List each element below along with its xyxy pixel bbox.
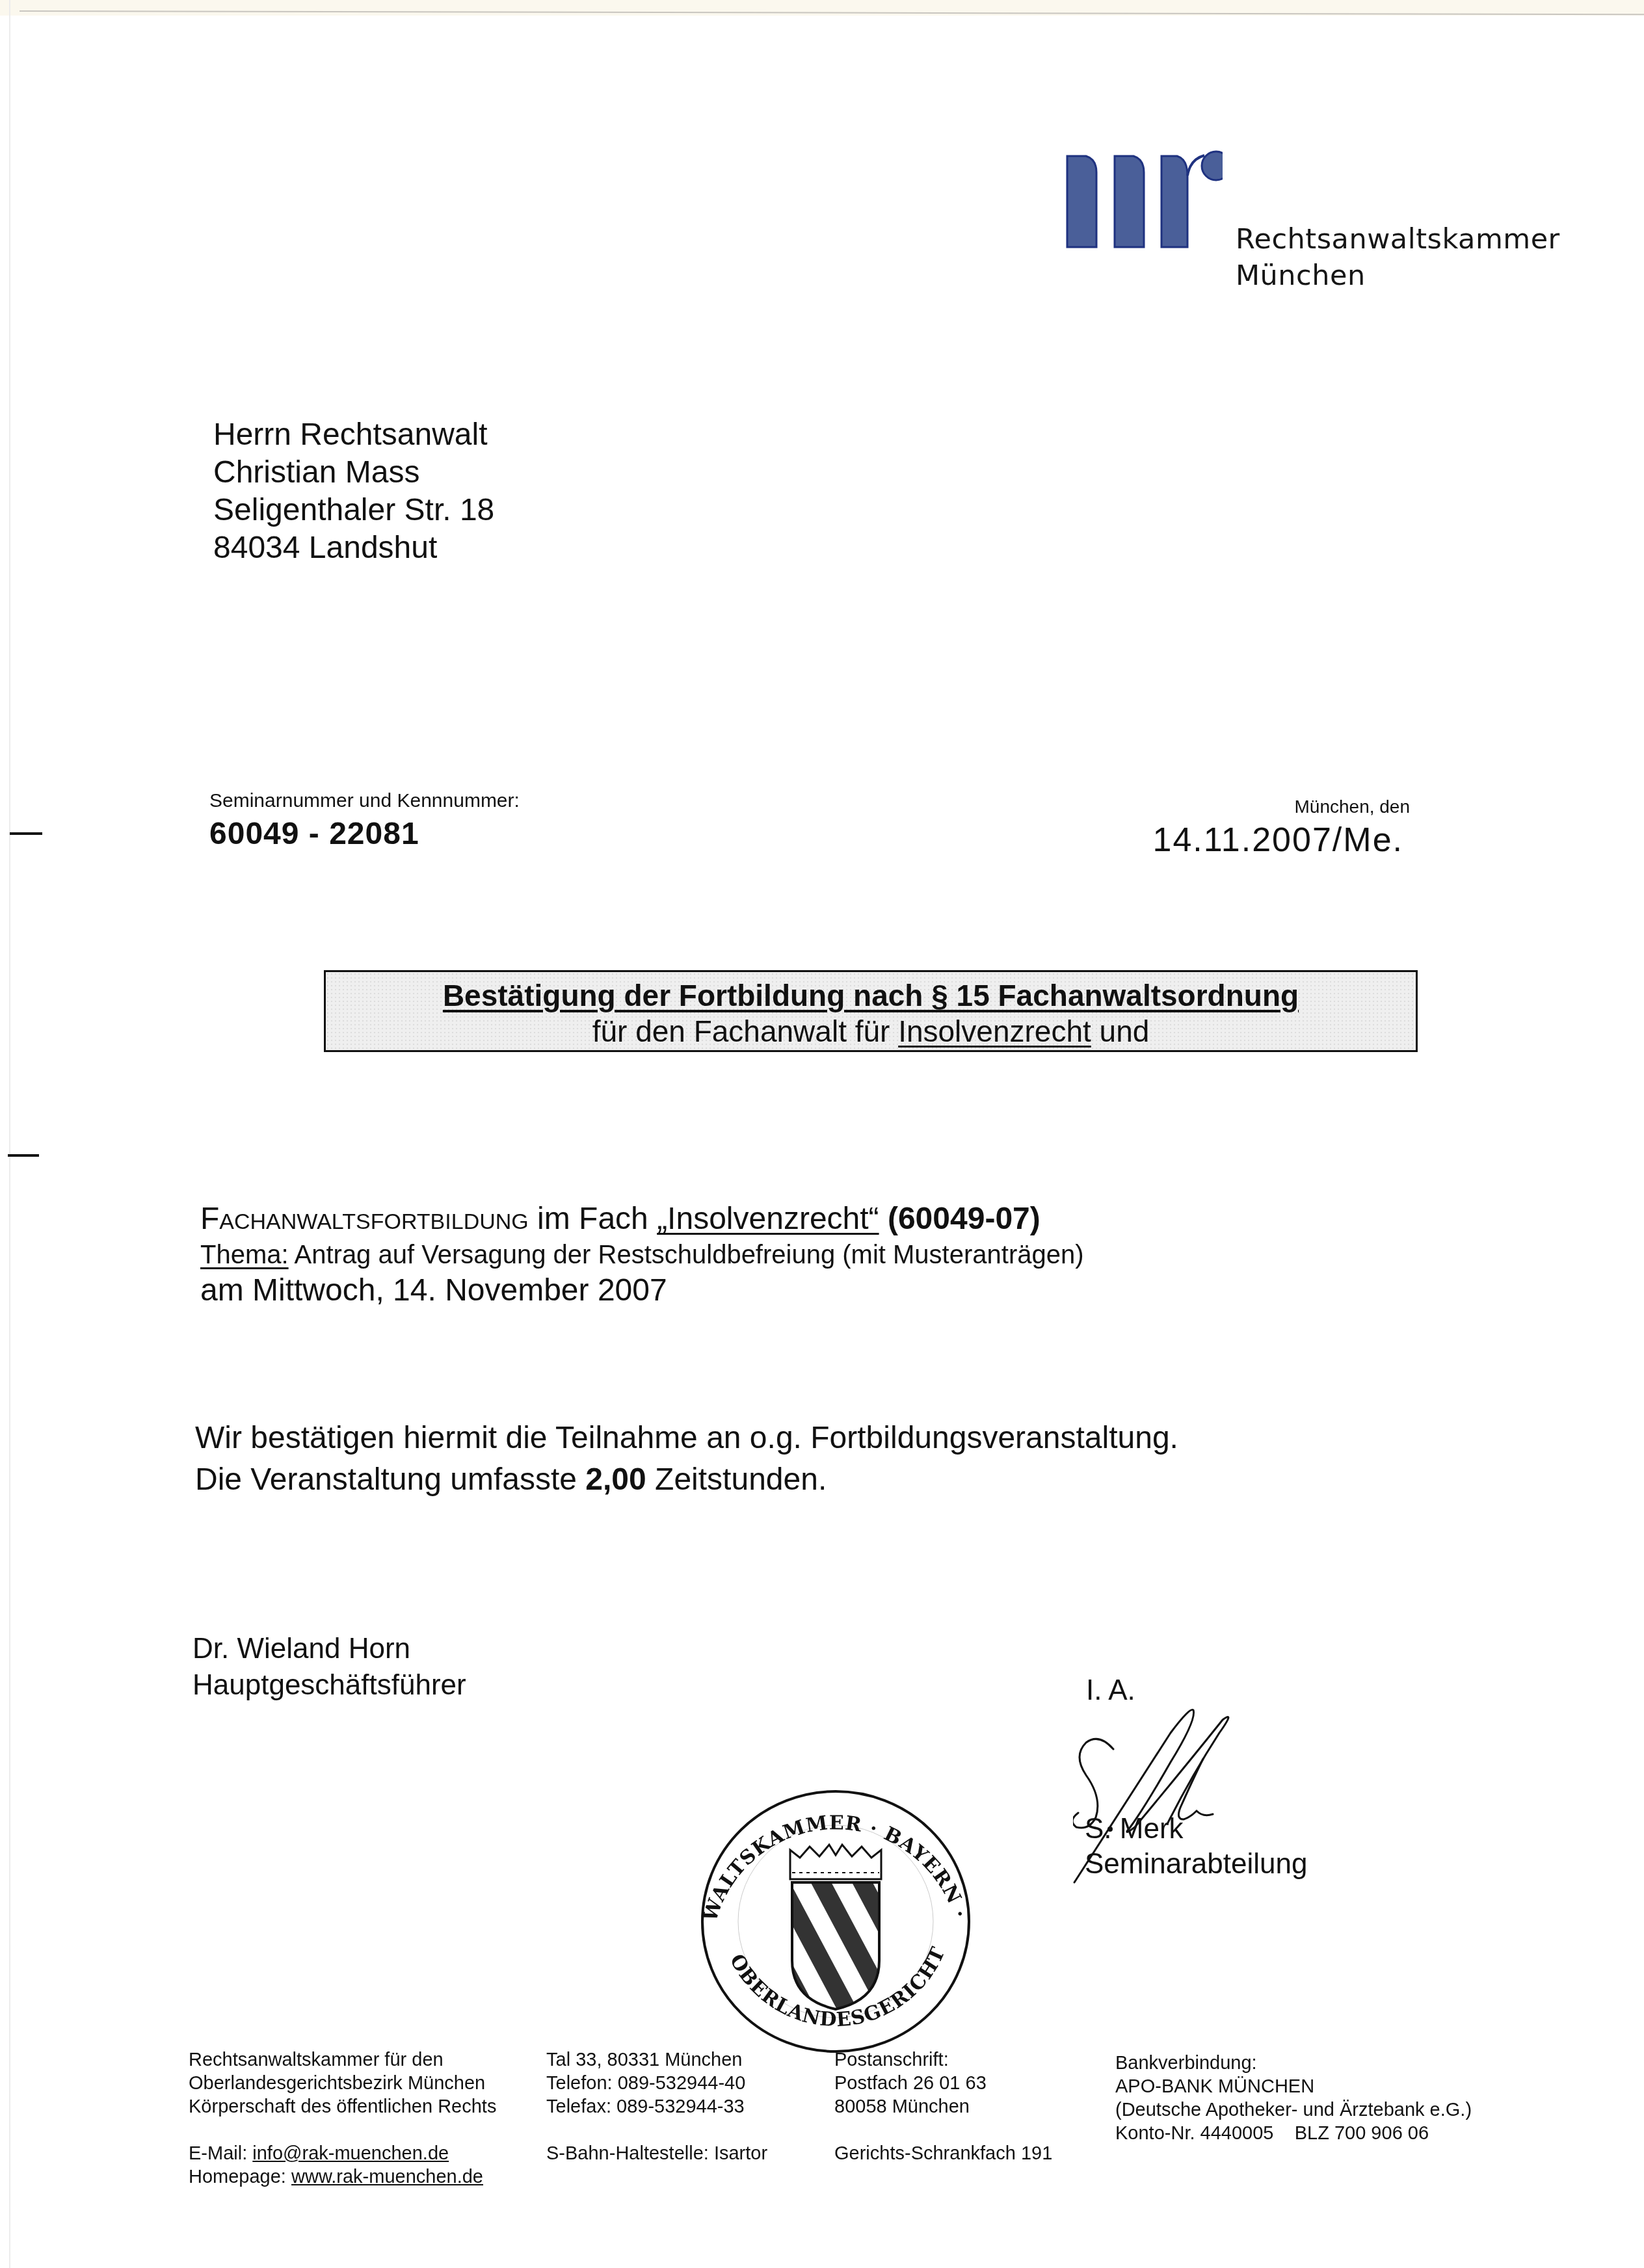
footer-bank-fullname: (Deutsche Apotheker- und Ärztebank e.G.) (1115, 2098, 1472, 2122)
signer-right-name: S. Merk (1085, 1812, 1307, 1847)
confirmation-text: Wir bestätigen hiermit die Teilnahme an … (195, 1417, 1178, 1501)
recipient-city: 84034 Landshut (213, 529, 494, 567)
footer-bank: Bankverbindung: APO-BANK MÜNCHEN (Deutsc… (1115, 2051, 1472, 2145)
footer-postal-label: Postanschrift: (834, 2048, 1052, 2072)
document-title: Bestätigung der Fortbildung nach § 15 Fa… (326, 977, 1416, 1014)
footer-email: E-Mail: info@rak-muenchen.de (189, 2142, 496, 2165)
confirmation-line1: Wir bestätigen hiermit die Teilnahme an … (195, 1417, 1178, 1459)
topic-label: Thema: (200, 1241, 289, 1269)
recipient-address: Herrn Rechtsanwalt Christian Mass Selige… (213, 416, 494, 567)
subtitle-subject: Insolvenzrecht (898, 1014, 1091, 1048)
title-box: Bestätigung der Fortbildung nach § 15 Fa… (324, 970, 1418, 1052)
rak-logo-icon (1060, 146, 1223, 257)
reference-number: 60049 - 22081 (209, 816, 419, 852)
subtitle-prefix: für den Fachanwalt für (592, 1014, 898, 1048)
official-seal-icon: RECHTSANWALTSKAMMER · BAYERN · MÜNCHEN F… (676, 1785, 995, 2058)
hours-prefix: Die Veranstaltung umfasste (195, 1462, 585, 1497)
signer-right-title: Seminarabteilung (1085, 1847, 1307, 1882)
subtitle-suffix: und (1091, 1014, 1150, 1048)
homepage-link[interactable]: www.rak-muenchen.de (291, 2167, 483, 2187)
seminar-topic: Thema: Antrag auf Versagung der Restschu… (200, 1239, 1084, 1271)
org-name-line1: Rechtsanwaltskammer (1236, 221, 1560, 257)
footer-postal-city: 80058 München (834, 2095, 1052, 2118)
seminar-info: Fachanwaltsfortbildung im Fach „Insolven… (200, 1200, 1084, 1310)
footer-contact: Tal 33, 80331 München Telefon: 089-53294… (546, 2048, 767, 2165)
document-subtitle: für den Fachanwalt für Insolvenzrecht un… (326, 1014, 1416, 1049)
footer-transit-stop: S-Bahn-Haltestelle: Isartor (546, 2142, 767, 2165)
hours-value: 2,00 (585, 1462, 646, 1497)
place-label: München, den (1295, 797, 1410, 817)
signer-left-name: Dr. Wieland Horn (192, 1631, 466, 1667)
signer-right: S. Merk Seminarabteilung (1085, 1812, 1307, 1882)
seminar-subject: „Insolvenzrecht“ (657, 1202, 879, 1236)
footer-po-box: Postfach 26 01 63 (834, 2072, 1052, 2095)
footer-org-line2: Oberlandesgerichtsbezirk München (189, 2072, 496, 2095)
footer-homepage: Homepage: www.rak-muenchen.de (189, 2165, 496, 2189)
footer-street-address: Tal 33, 80331 München (546, 2048, 767, 2072)
footer-org-info: Rechtsanwaltskammer für den Oberlandesge… (189, 2048, 496, 2189)
footer-postal: Postanschrift: Postfach 26 01 63 80058 M… (834, 2048, 1052, 2165)
reference-label: Seminarnummer und Kennnummer: (209, 790, 520, 812)
recipient-name: Christian Mass (213, 454, 494, 492)
seminar-type: Fachanwaltsfortbildung (200, 1202, 529, 1236)
footer-bank-name: APO-BANK MÜNCHEN (1115, 2075, 1472, 2098)
signer-left: Dr. Wieland Horn Hauptgeschäftsführer (192, 1631, 466, 1704)
recipient-street: Seligenthaler Str. 18 (213, 492, 494, 529)
org-name-line2: München (1236, 257, 1560, 294)
email-link[interactable]: info@rak-muenchen.de (252, 2143, 449, 2164)
footer-bank-account: Konto-Nr. 4440005 BLZ 700 906 06 (1115, 2122, 1472, 2145)
email-label: E-Mail: (189, 2143, 252, 2164)
footer-court-box: Gerichts-Schrankfach 191 (834, 2142, 1052, 2165)
seminar-heading: Fachanwaltsfortbildung im Fach „Insolven… (200, 1200, 1084, 1239)
seminar-code: (60049-07) (879, 1202, 1041, 1236)
confirmation-line2: Die Veranstaltung umfasste 2,00 Zeitstun… (195, 1459, 1178, 1501)
seminar-date: am Mittwoch, 14. November 2007 (200, 1271, 1084, 1310)
org-name: Rechtsanwaltskammer München (1236, 221, 1560, 294)
footer-bank-label: Bankverbindung: (1115, 2051, 1472, 2075)
recipient-salutation: Herrn Rechtsanwalt (213, 416, 494, 454)
letter-date: 14.11.2007/Me. (1152, 821, 1403, 860)
footer-phone: Telefon: 089-532944-40 (546, 2072, 767, 2095)
hours-suffix: Zeitstunden. (646, 1462, 827, 1497)
document-title-text: Bestätigung der Fortbildung nach § 15 Fa… (443, 979, 1299, 1012)
scan-edge-left (9, 0, 10, 2268)
topic-text: Antrag auf Versagung der Restschuldbefre… (289, 1241, 1084, 1269)
fold-mark (10, 832, 42, 835)
signer-left-title: Hauptgeschäftsführer (192, 1667, 466, 1704)
footer-org-line3: Körperschaft des öffentlichen Rechts (189, 2095, 496, 2118)
footer-fax: Telefax: 089-532944-33 (546, 2095, 767, 2118)
homepage-label: Homepage: (189, 2167, 291, 2187)
footer-org-line1: Rechtsanwaltskammer für den (189, 2048, 496, 2072)
seminar-heading-mid: im Fach (529, 1202, 657, 1236)
hole-punch-mark (8, 1154, 39, 1157)
